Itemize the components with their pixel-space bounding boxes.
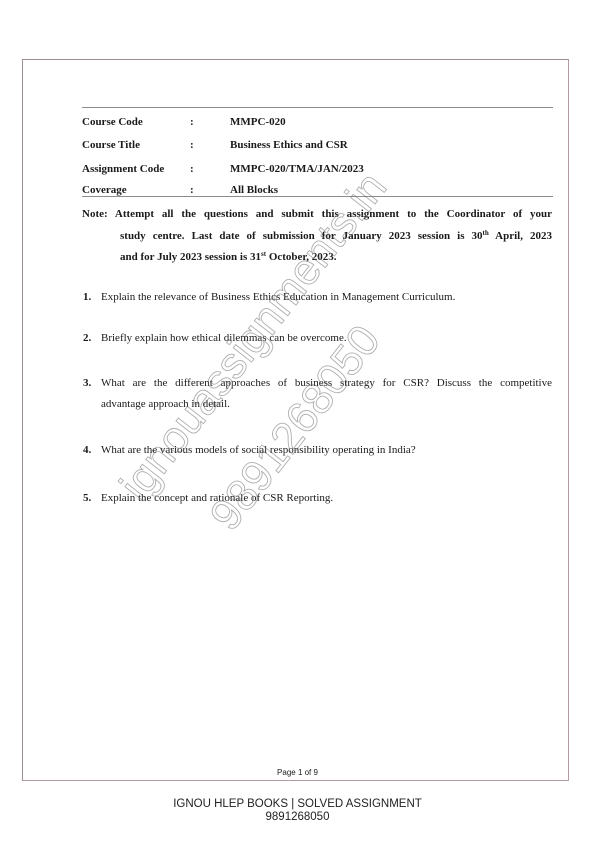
question-item: 5. Explain the concept and rationale of …	[83, 488, 552, 509]
question-item: 3. What are the different approaches of …	[83, 373, 552, 415]
question-text: Explain the relevance of Business Ethics…	[101, 287, 552, 308]
question-text: Briefly explain how ethical dilemmas can…	[101, 328, 552, 349]
question-text: Explain the concept and rationale of CSR…	[101, 488, 552, 509]
note-line-3: and for July 2023 session is 31st Octobe…	[82, 247, 552, 269]
meta-label: Coverage	[82, 184, 190, 196]
note-line-2: study centre. Last date of submission fo…	[82, 226, 552, 248]
question-item: 4. What are the various models of social…	[83, 440, 552, 461]
meta-value: Business Ethics and CSR	[230, 139, 553, 151]
question-number: 3.	[83, 373, 101, 415]
note-text: and for July 2023 session is 31	[120, 251, 261, 263]
note-text: April, 2023	[489, 230, 552, 242]
footer-title: IGNOU HLEP BOOKS | SOLVED ASSIGNMENT	[0, 798, 595, 811]
question-number: 2.	[83, 328, 101, 349]
footer: IGNOU HLEP BOOKS | SOLVED ASSIGNMENT 989…	[0, 798, 595, 824]
meta-row-coverage: Coverage : All Blocks	[82, 181, 553, 199]
meta-value: MMPC-020/TMA/JAN/2023	[230, 163, 553, 175]
submission-note: Note: Attempt all the questions and subm…	[82, 204, 552, 269]
question-text-line: advantage approach in detail.	[101, 398, 230, 410]
question-text: What are the different approaches of bus…	[101, 373, 552, 415]
meta-row-course-title: Course Title : Business Ethics and CSR	[82, 134, 553, 158]
page-number: Page 1 of 9	[0, 768, 595, 777]
note-text: October, 2023.	[266, 251, 336, 263]
meta-value: MMPC-020	[230, 116, 553, 128]
footer-phone: 9891268050	[0, 811, 595, 824]
meta-label: Course Title	[82, 139, 190, 151]
meta-value: All Blocks	[230, 184, 553, 196]
meta-separator: :	[190, 163, 230, 175]
meta-separator: :	[190, 139, 230, 151]
meta-separator: :	[190, 184, 230, 196]
question-item: 2. Briefly explain how ethical dilemmas …	[83, 328, 552, 349]
note-text: study centre. Last date of submission fo…	[120, 230, 483, 242]
meta-row-assignment-code: Assignment Code : MMPC-020/TMA/JAN/2023	[82, 157, 553, 181]
meta-separator: :	[190, 116, 230, 128]
question-number: 5.	[83, 488, 101, 509]
question-text-line: What are the different approaches of bus…	[101, 373, 552, 394]
question-number: 1.	[83, 287, 101, 308]
question-text: What are the various models of social re…	[101, 440, 552, 461]
meta-label: Course Code	[82, 116, 190, 128]
note-line-1: Note: Attempt all the questions and subm…	[82, 204, 552, 226]
question-item: 1. Explain the relevance of Business Eth…	[83, 287, 552, 308]
meta-row-course-code: Course Code : MMPC-020	[82, 110, 553, 134]
assignment-meta-table: Course Code : MMPC-020 Course Title : Bu…	[82, 107, 553, 197]
meta-label: Assignment Code	[82, 163, 190, 175]
question-number: 4.	[83, 440, 101, 461]
